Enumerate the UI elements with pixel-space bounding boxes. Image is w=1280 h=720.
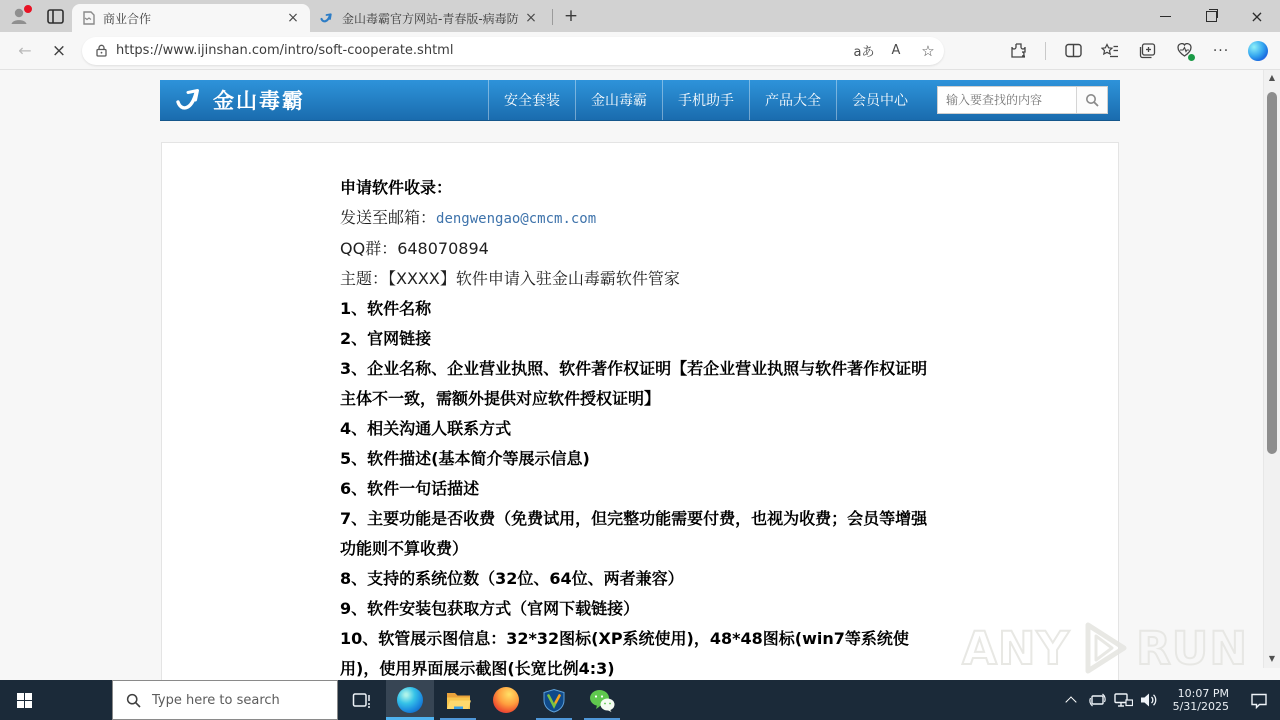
back-button[interactable]: ← bbox=[8, 41, 42, 60]
address-bar[interactable]: https://www.ijinshan.com/intro/soft-coop… bbox=[82, 37, 944, 65]
page-scrollbar[interactable]: ▲ ▼ bbox=[1263, 70, 1280, 668]
toolbar-divider bbox=[1045, 42, 1046, 60]
tab-duba-official-site[interactable]: 金山毒霸官方网站-青春版-病毒防 × bbox=[310, 4, 548, 32]
content-heading: 申请软件收录： bbox=[340, 173, 942, 203]
firefox-icon bbox=[493, 687, 519, 713]
favorite-star-icon[interactable]: ☆ bbox=[912, 42, 944, 60]
nav-item[interactable]: 会员中心 bbox=[836, 80, 923, 120]
taskbar-edge-button[interactable] bbox=[386, 680, 434, 720]
browser-profile-button[interactable] bbox=[0, 0, 38, 32]
search-icon bbox=[1085, 93, 1099, 107]
windows-taskbar: Type here to search bbox=[0, 680, 1280, 720]
web-page-viewport: 金山毒霸 安全套装金山毒霸手机助手产品大全会员中心 申请软件收录： 发送至邮箱：… bbox=[0, 70, 1280, 680]
task-view-button[interactable] bbox=[338, 680, 386, 720]
clock-date: 5/31/2025 bbox=[1171, 700, 1229, 713]
wechat-icon bbox=[589, 689, 615, 712]
content-line: 6、软件一句话描述 bbox=[340, 474, 942, 504]
tab-business-cooperation[interactable]: 商业合作 × bbox=[72, 4, 310, 32]
restore-button[interactable] bbox=[1188, 0, 1234, 32]
restore-icon bbox=[1206, 11, 1217, 22]
action-center-button[interactable] bbox=[1238, 692, 1280, 709]
toolbar-extensions-area: ··· bbox=[1008, 41, 1268, 61]
start-button[interactable] bbox=[0, 680, 48, 720]
workspaces-icon bbox=[47, 9, 64, 24]
new-tab-button[interactable]: + bbox=[557, 2, 585, 30]
nav-item[interactable]: 金山毒霸 bbox=[575, 80, 662, 120]
lock-icon[interactable] bbox=[96, 44, 107, 57]
nav-item[interactable]: 安全套装 bbox=[488, 80, 575, 120]
settings-more-icon[interactable]: ··· bbox=[1211, 41, 1231, 61]
tray-chevron-up-icon[interactable] bbox=[1058, 695, 1084, 706]
content-line: 8、支持的系统位数（32位、64位、两者兼容） bbox=[340, 564, 942, 594]
taskbar-antivirus-button[interactable] bbox=[530, 680, 578, 720]
content-line: 10、软管展示图信息：32*32图标(XP系统使用)，48*48图标(win7等… bbox=[340, 624, 942, 680]
action-center-icon bbox=[1250, 692, 1268, 709]
site-search-button[interactable] bbox=[1076, 87, 1107, 113]
content-line: 5、软件描述(基本简介等展示信息) bbox=[340, 444, 942, 474]
minimize-button[interactable] bbox=[1142, 0, 1188, 32]
taskbar-explorer-button[interactable] bbox=[434, 680, 482, 720]
taskbar-search-box[interactable]: Type here to search bbox=[112, 680, 338, 720]
screen: 商业合作 × 金山毒霸官方网站-青春版-病毒防 × + × ← × bbox=[0, 0, 1280, 720]
workspaces-button[interactable] bbox=[38, 0, 72, 32]
taskbar-search-placeholder: Type here to search bbox=[152, 693, 280, 708]
collections-icon[interactable] bbox=[1137, 41, 1157, 61]
close-window-button[interactable]: × bbox=[1234, 0, 1280, 32]
read-aloud-icon[interactable]: A bbox=[880, 43, 912, 58]
content-subject-line: 主题：【XXXX】软件申请入驻金山毒霸软件管家 bbox=[340, 264, 942, 294]
favorites-hub-icon[interactable] bbox=[1100, 41, 1120, 61]
windows-logo-icon bbox=[17, 693, 32, 708]
tab-close-icon[interactable]: × bbox=[522, 9, 540, 27]
browser-tabstrip: 商业合作 × 金山毒霸官方网站-青春版-病毒防 × + × bbox=[0, 0, 1280, 32]
scrollbar-down-icon[interactable]: ▼ bbox=[1264, 654, 1280, 663]
email-prefix: 发送至邮箱： bbox=[340, 208, 436, 227]
browser-toolbar: ← × https://www.ijinshan.com/intro/soft-… bbox=[0, 32, 1280, 70]
nav-item[interactable]: 手机助手 bbox=[662, 80, 749, 120]
tab-divider bbox=[552, 9, 553, 25]
site-search-box bbox=[937, 86, 1108, 114]
split-screen-icon[interactable] bbox=[1063, 41, 1083, 61]
scrollbar-thumb[interactable] bbox=[1267, 92, 1277, 454]
site-logo-text: 金山毒霸 bbox=[213, 85, 305, 115]
browser-essentials-icon[interactable] bbox=[1174, 41, 1194, 61]
duba-swoosh-icon bbox=[174, 86, 206, 114]
content-line: 9、软件安装包获取方式（官网下载链接） bbox=[340, 594, 942, 624]
site-nav: 安全套装金山毒霸手机助手产品大全会员中心 bbox=[488, 80, 923, 120]
tab-close-icon[interactable]: × bbox=[284, 9, 302, 27]
stop-loading-button[interactable]: × bbox=[42, 41, 76, 61]
content-panel: 申请软件收录： 发送至邮箱：dengwengao@cmcm.com QQ群：64… bbox=[161, 142, 1119, 680]
extensions-icon[interactable] bbox=[1008, 41, 1028, 61]
minimize-icon bbox=[1160, 16, 1171, 17]
duba-swoosh-favicon bbox=[320, 12, 334, 24]
email-link[interactable]: dengwengao@cmcm.com bbox=[436, 211, 596, 227]
tray-volume-icon[interactable] bbox=[1136, 692, 1162, 708]
watermark-text-right: RUN bbox=[1136, 622, 1248, 675]
broken-page-favicon bbox=[82, 11, 95, 25]
file-explorer-icon bbox=[446, 690, 471, 711]
task-view-icon bbox=[352, 691, 372, 709]
profile-notification-dot bbox=[23, 4, 33, 14]
content-line: 7、主要功能是否收费（免费试用，但完整功能需要付费，也视为收费；会员等增强功能则… bbox=[340, 504, 942, 564]
taskbar-search-icon bbox=[126, 693, 141, 708]
taskbar-firefox-button[interactable] bbox=[482, 680, 530, 720]
antivirus-shield-icon bbox=[542, 688, 566, 713]
duba-site-header: 金山毒霸 安全套装金山毒霸手机助手产品大全会员中心 bbox=[160, 80, 1120, 120]
edge-icon bbox=[397, 687, 423, 713]
taskbar-wechat-button[interactable] bbox=[578, 680, 626, 720]
tray-vm-display-icon[interactable] bbox=[1084, 692, 1110, 709]
site-search-input[interactable] bbox=[938, 89, 1076, 111]
taskbar-clock[interactable]: 10:07 PM 5/31/2025 bbox=[1171, 687, 1229, 713]
content-email-line: 发送至邮箱：dengwengao@cmcm.com bbox=[340, 203, 942, 234]
scrollbar-up-icon[interactable]: ▲ bbox=[1264, 73, 1280, 82]
content-line: 3、企业名称、企业营业执照、软件著作权证明【若企业营业执照与软件著作权证明主体不… bbox=[340, 354, 942, 414]
content-line: 4、相关沟通人联系方式 bbox=[340, 414, 942, 444]
nav-item[interactable]: 产品大全 bbox=[749, 80, 836, 120]
tab-title: 金山毒霸官方网站-青春版-病毒防 bbox=[342, 10, 522, 27]
copilot-icon[interactable] bbox=[1248, 41, 1268, 61]
window-controls: × bbox=[1142, 0, 1280, 32]
content-items: 1、软件名称2、官网链接3、企业名称、企业营业执照、软件著作权证明【若企业营业执… bbox=[340, 294, 942, 680]
content-line: 2、官网链接 bbox=[340, 324, 942, 354]
url-text[interactable]: https://www.ijinshan.com/intro/soft-coop… bbox=[116, 43, 848, 58]
tab-title: 商业合作 bbox=[103, 10, 284, 27]
tray-network-icon[interactable] bbox=[1110, 692, 1136, 708]
clock-time: 10:07 PM bbox=[1171, 687, 1229, 700]
translate-icon[interactable]: aあ bbox=[848, 41, 880, 60]
content-line: 1、软件名称 bbox=[340, 294, 942, 324]
duba-logo[interactable]: 金山毒霸 bbox=[174, 80, 305, 120]
system-tray: 10:07 PM 5/31/2025 bbox=[1058, 680, 1280, 720]
content-qq-line: QQ群：648070894 bbox=[340, 234, 942, 264]
